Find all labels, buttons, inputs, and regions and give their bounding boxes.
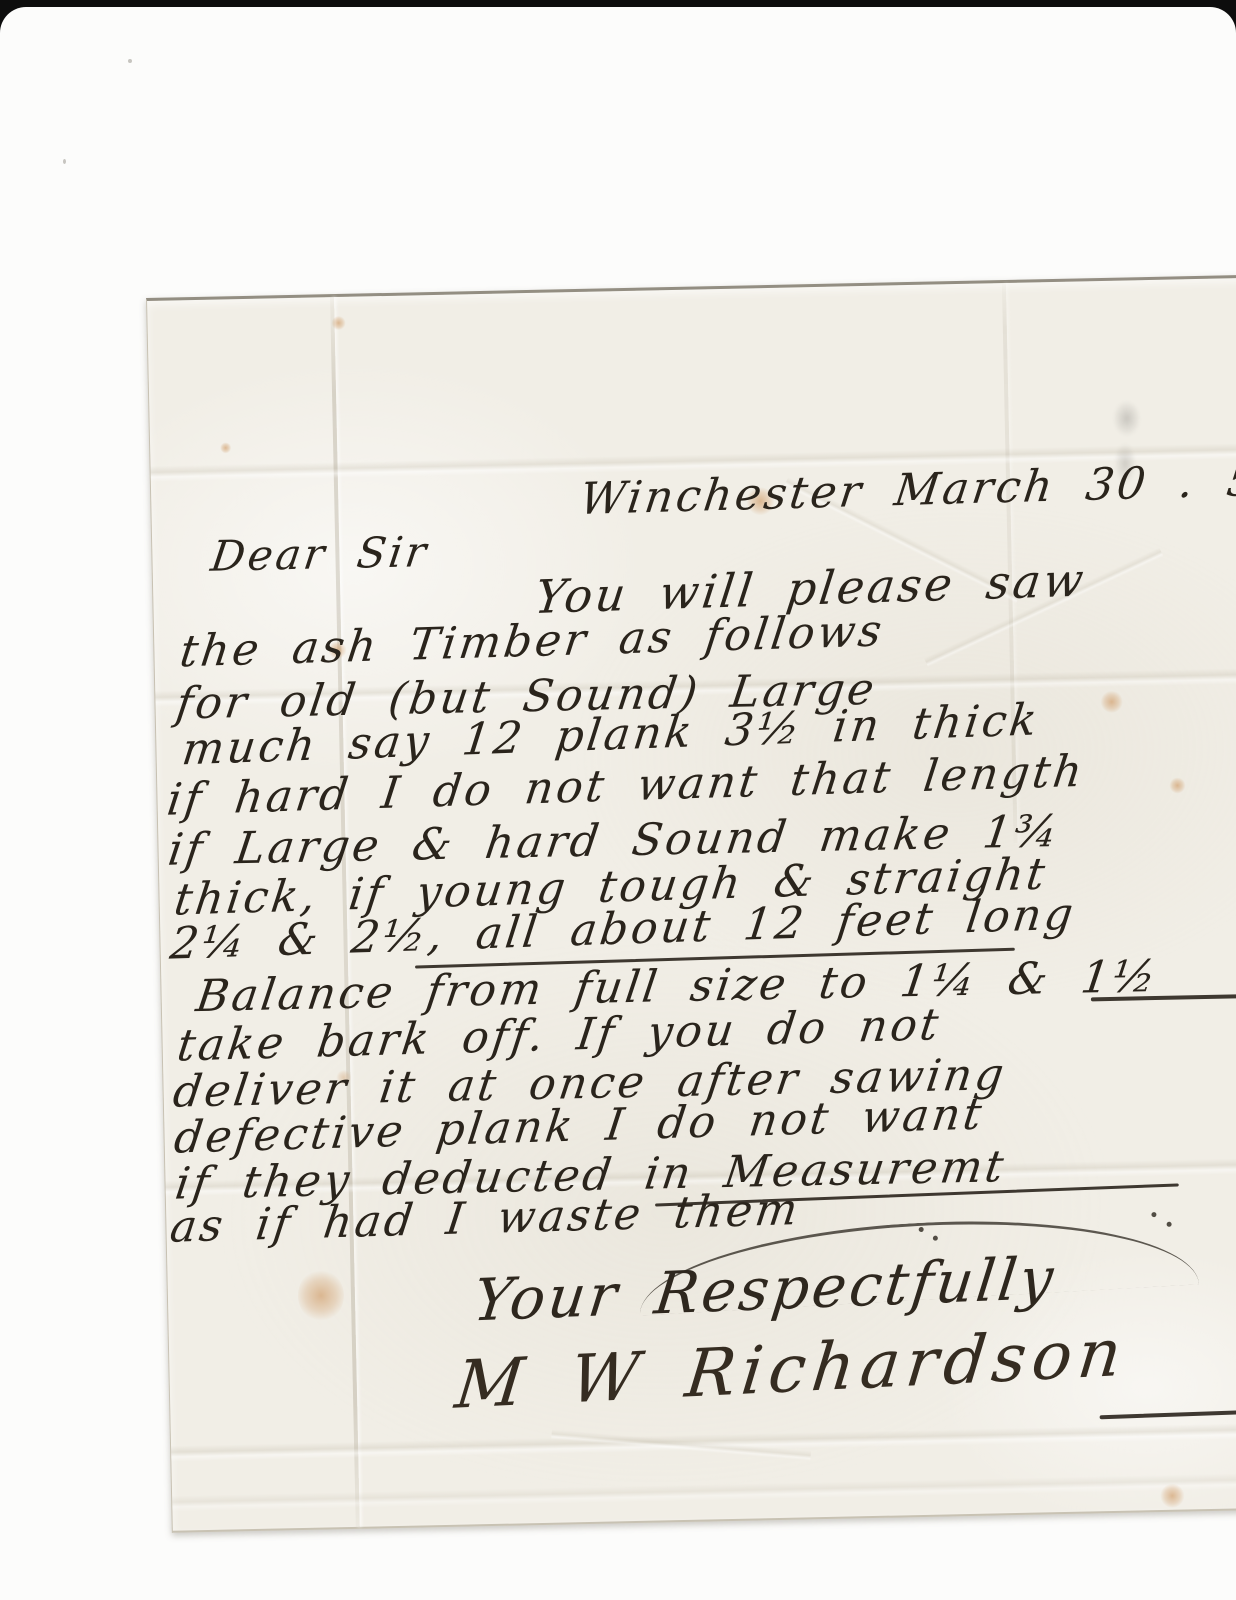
flourish-dot (919, 1227, 924, 1232)
foxing-stain (331, 316, 345, 330)
foxing-stain (220, 442, 231, 453)
letter-salutation: Dear Sir (208, 527, 432, 581)
foxing-stain (1160, 1484, 1184, 1508)
flourish-dot (933, 1236, 938, 1241)
scanned-letter-page: Winchester March 30 . 55 Dear Sir You wi… (0, 0, 1236, 1600)
foxing-stain (1100, 691, 1122, 713)
flourish-dot (1151, 1212, 1156, 1217)
foxing-stain (1169, 777, 1185, 793)
scan-speck (63, 159, 66, 164)
horizontal-fold-crease (172, 1472, 1236, 1511)
scan-speck (128, 59, 132, 63)
foxing-stain (297, 1269, 344, 1322)
letter-paper: Winchester March 30 . 55 Dear Sir You wi… (146, 275, 1236, 1533)
signature-trailing-stroke (1100, 1409, 1236, 1419)
flourish-dot (1167, 1222, 1172, 1227)
